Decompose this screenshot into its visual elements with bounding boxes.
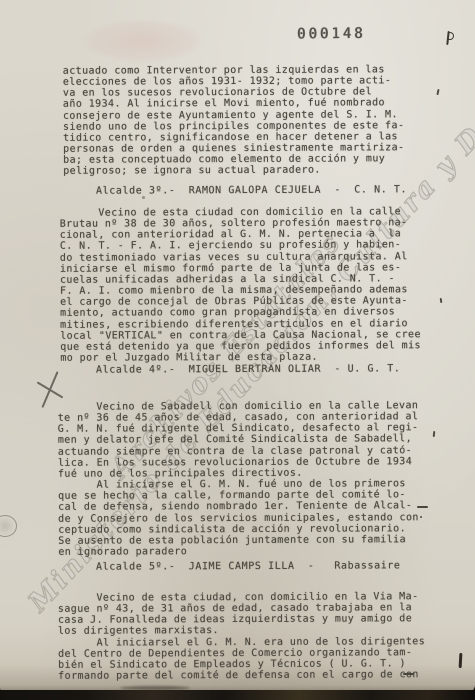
scanner-background: [0, 690, 475, 700]
folio-number-stamp: 000148: [297, 25, 366, 42]
continuation-dash: [417, 506, 428, 508]
paragraph-continuation: actuado como Interventor por las izquier…: [63, 64, 405, 177]
ink-stroke: [448, 32, 454, 40]
circular-smudge-mark: [0, 515, 17, 537]
faded-stamp-mark: [84, 20, 202, 62]
paragraph-alcalde-3: Vecino de esta ciudad con domicilio en l…: [60, 206, 421, 364]
ink-speck: [459, 653, 462, 668]
paper-sheet: Archivos Estatales Ministerio de Educaci…: [0, 0, 475, 692]
continuation-dash: [403, 673, 414, 675]
ink-speck: [440, 298, 443, 303]
paragraph-alcalde-5: Vecino de esta ciudad, con domicilio en …: [58, 591, 425, 682]
heading-alcalde-3: Alcalde 3º.- RAMON GALOPA CEJUELA - C. N…: [96, 184, 407, 197]
paper-edge-smudge: [120, 686, 190, 690]
ink-speck: [142, 196, 145, 199]
paragraph-alcalde-4: Vecino de Sabadell con domicilio en la c…: [58, 400, 419, 558]
ink-speck: [420, 516, 422, 518]
ink-speck: [433, 431, 436, 437]
scanned-document-page: Archivos Estatales Ministerio de Educaci…: [0, 0, 475, 700]
handwritten-p-mark: [444, 31, 454, 46]
ink-speck: [436, 89, 439, 95]
heading-alcalde-5: Alcalde 5º.- JAIME CAMPS ILLA - Rabassai…: [96, 560, 401, 572]
heading-alcalde-4: Alcalde 4º.- MIGUEL BERTRAN OLIAR - U. G…: [96, 363, 401, 375]
handwritten-x-mark: [33, 370, 69, 409]
